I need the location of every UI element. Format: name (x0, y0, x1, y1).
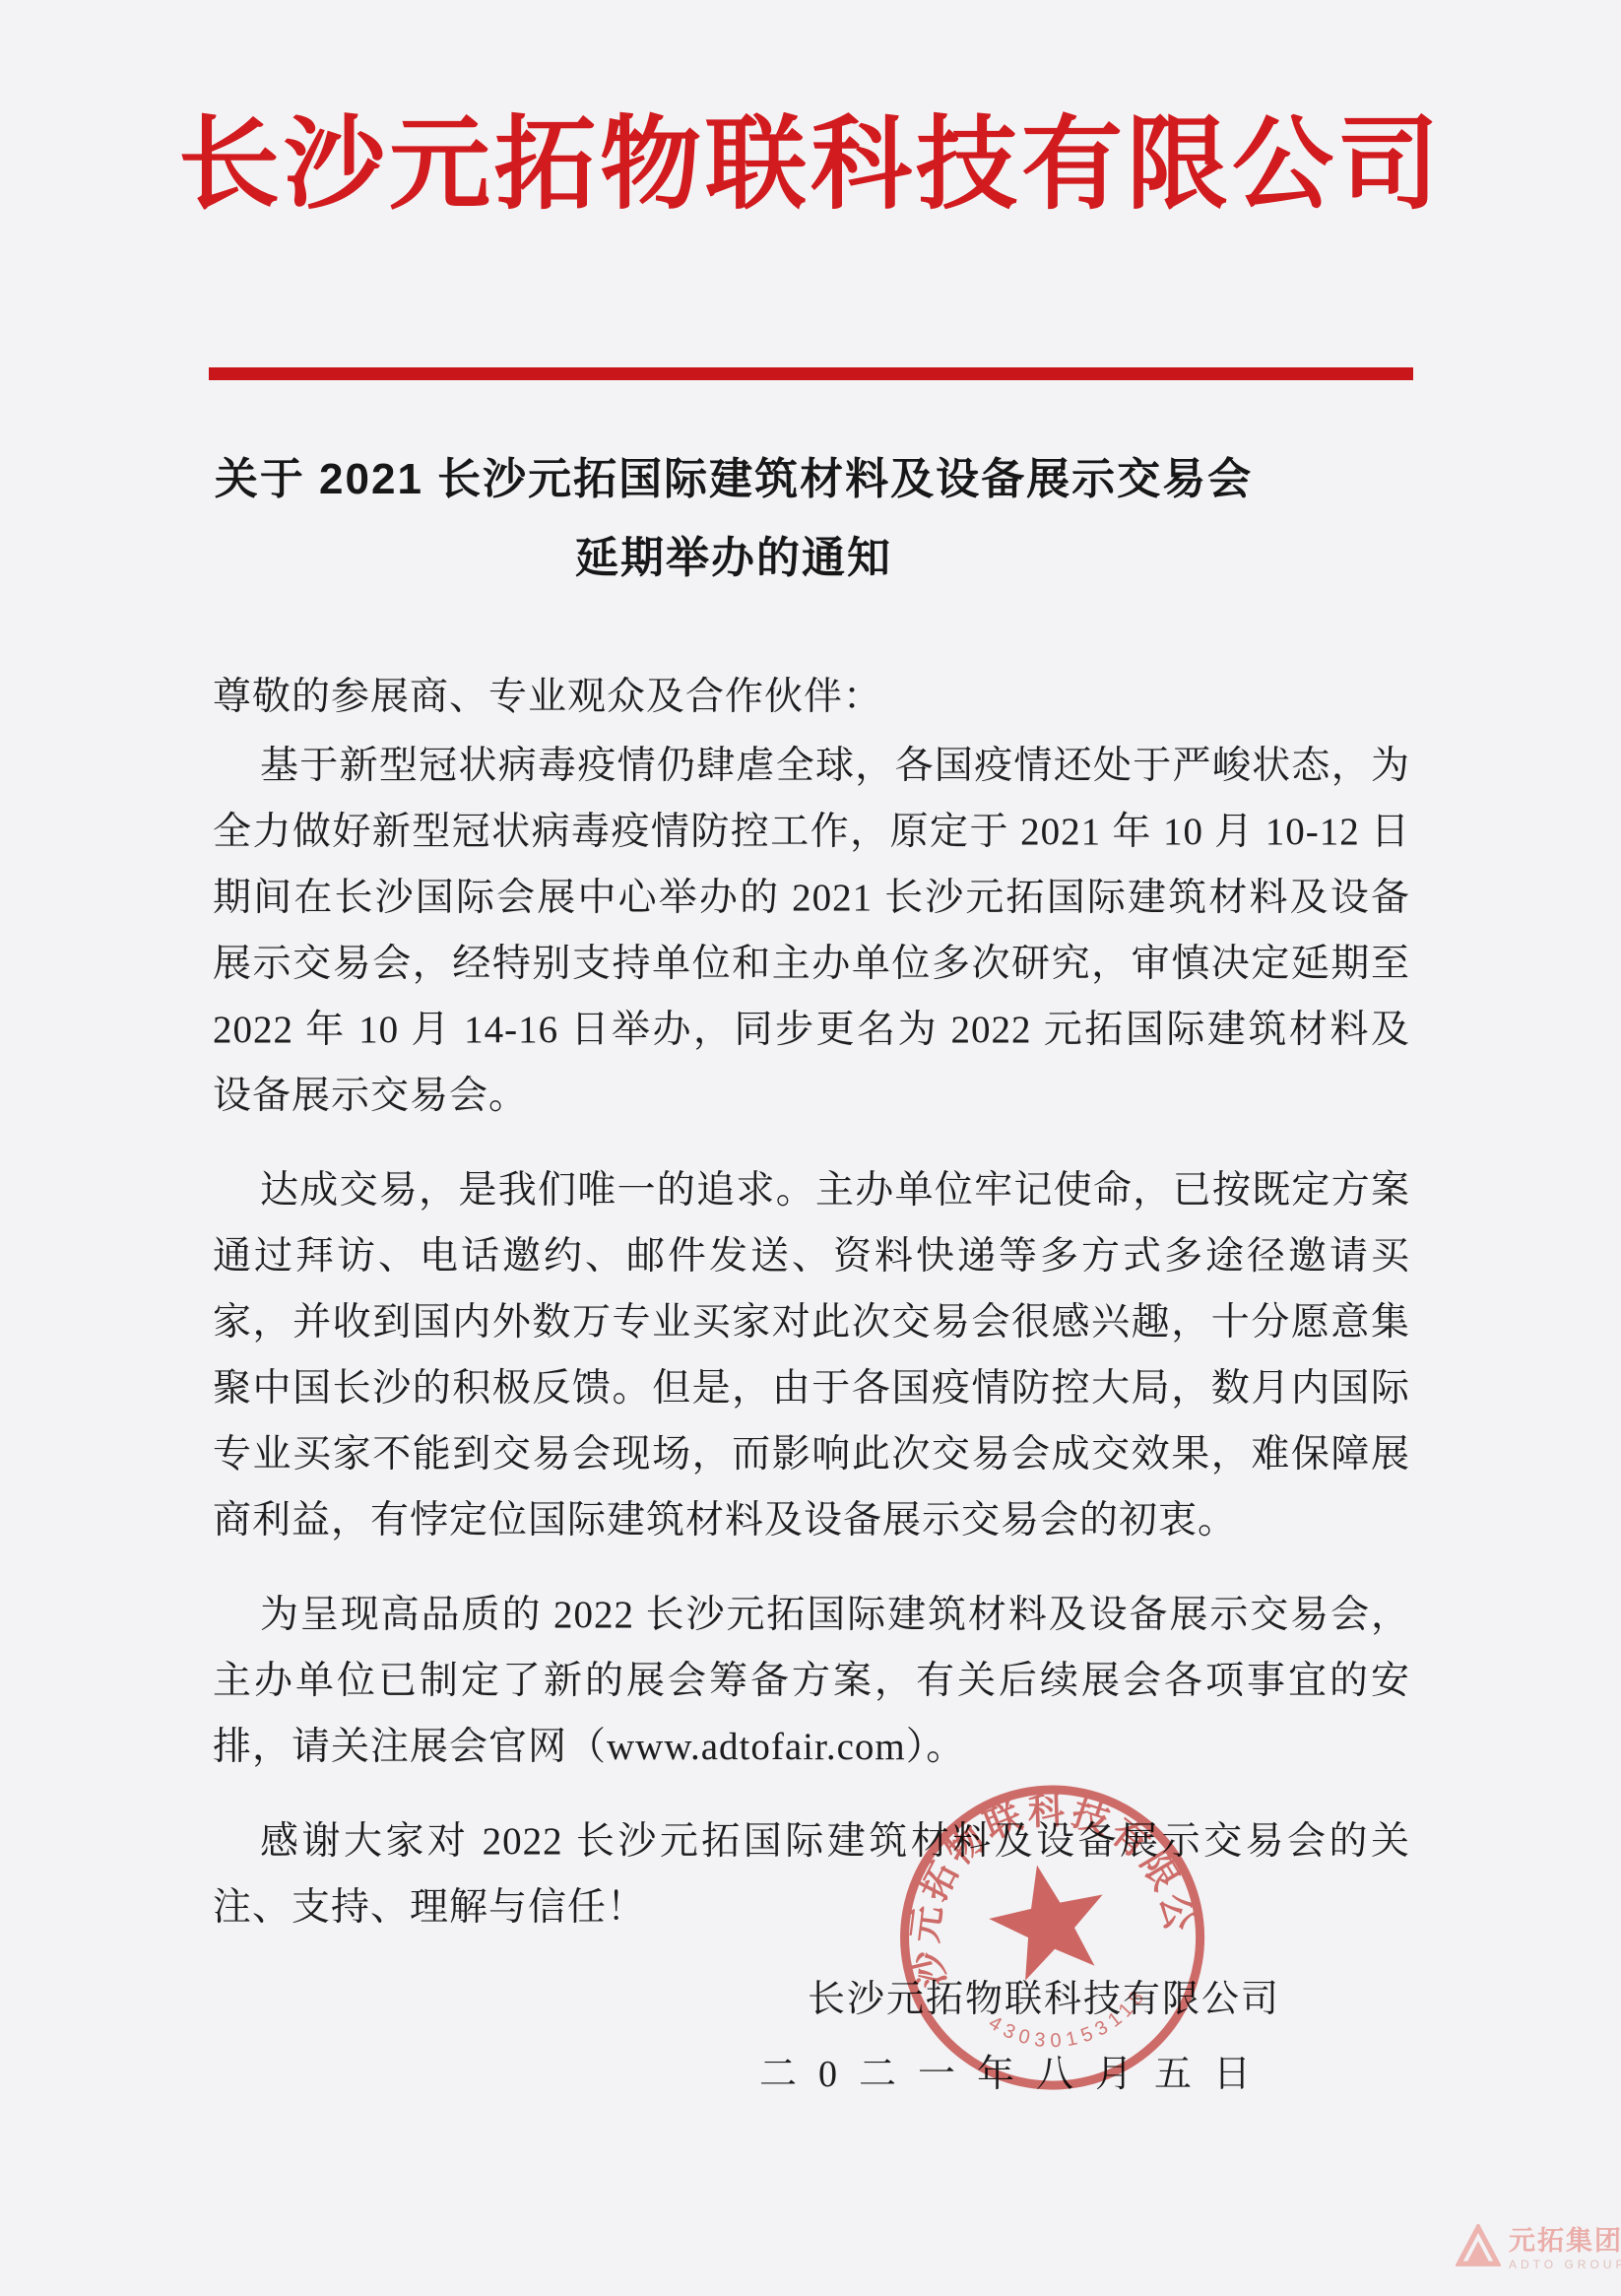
letterhead-company-name: 长沙元拓物联科技有限公司 (0, 83, 1621, 229)
document-title-line1: 关于 2021 长沙元拓国际建筑材料及设备展示交易会 (128, 440, 1339, 519)
seal-serial-number: 43030153118 (982, 1980, 1160, 2067)
letterhead-divider (209, 367, 1413, 380)
footer-brand-text: 元拓集团 ADTO GROUP (1509, 2224, 1621, 2270)
document-title-line2: 延期举办的通知 (128, 519, 1339, 598)
adto-triangle-logo-icon (1456, 2224, 1501, 2269)
document-title: 关于 2021 长沙元拓国际建筑材料及设备展示交易会 延期举办的通知 (128, 440, 1339, 598)
paragraph-2: 达成交易，是我们唯一的追求。主办单位牢记使命，已按既定方案通过拜访、电话邀约、邮… (213, 1157, 1410, 1553)
seal-star-icon (980, 1853, 1117, 1985)
salutation: 尊敬的参展商、专业观众及合作伙伴： (213, 666, 882, 721)
notice-body: 基于新型冠状病毒疫情仍肆虐全球，各国疫情还处于严峻状态，为全力做好新型冠状病毒疫… (213, 733, 1410, 1969)
paragraph-1: 基于新型冠状病毒疫情仍肆虐全球，各国疫情还处于严峻状态，为全力做好新型冠状病毒疫… (213, 733, 1410, 1129)
company-seal: 长沙元拓物联科技有限公司 43030153118 (858, 1746, 1247, 2132)
footer-brand-name-cn: 元拓集团 (1509, 2228, 1621, 2255)
footer-brand-watermark: 元拓集团 ADTO GROUP (1456, 2224, 1621, 2270)
scanned-notice-page: 长沙元拓物联科技有限公司 关于 2021 长沙元拓国际建筑材料及设备展示交易会 … (0, 0, 1621, 2296)
paragraph-3: 为呈现高品质的 2022 长沙元拓国际建筑材料及设备展示交易会，主办单位已制定了… (213, 1582, 1410, 1780)
paragraph-4: 感谢大家对 2022 长沙元拓国际建筑材料及设备展示交易会的关注、支持、理解与信… (213, 1808, 1410, 1940)
footer-brand-name-en: ADTO GROUP (1509, 2259, 1621, 2270)
